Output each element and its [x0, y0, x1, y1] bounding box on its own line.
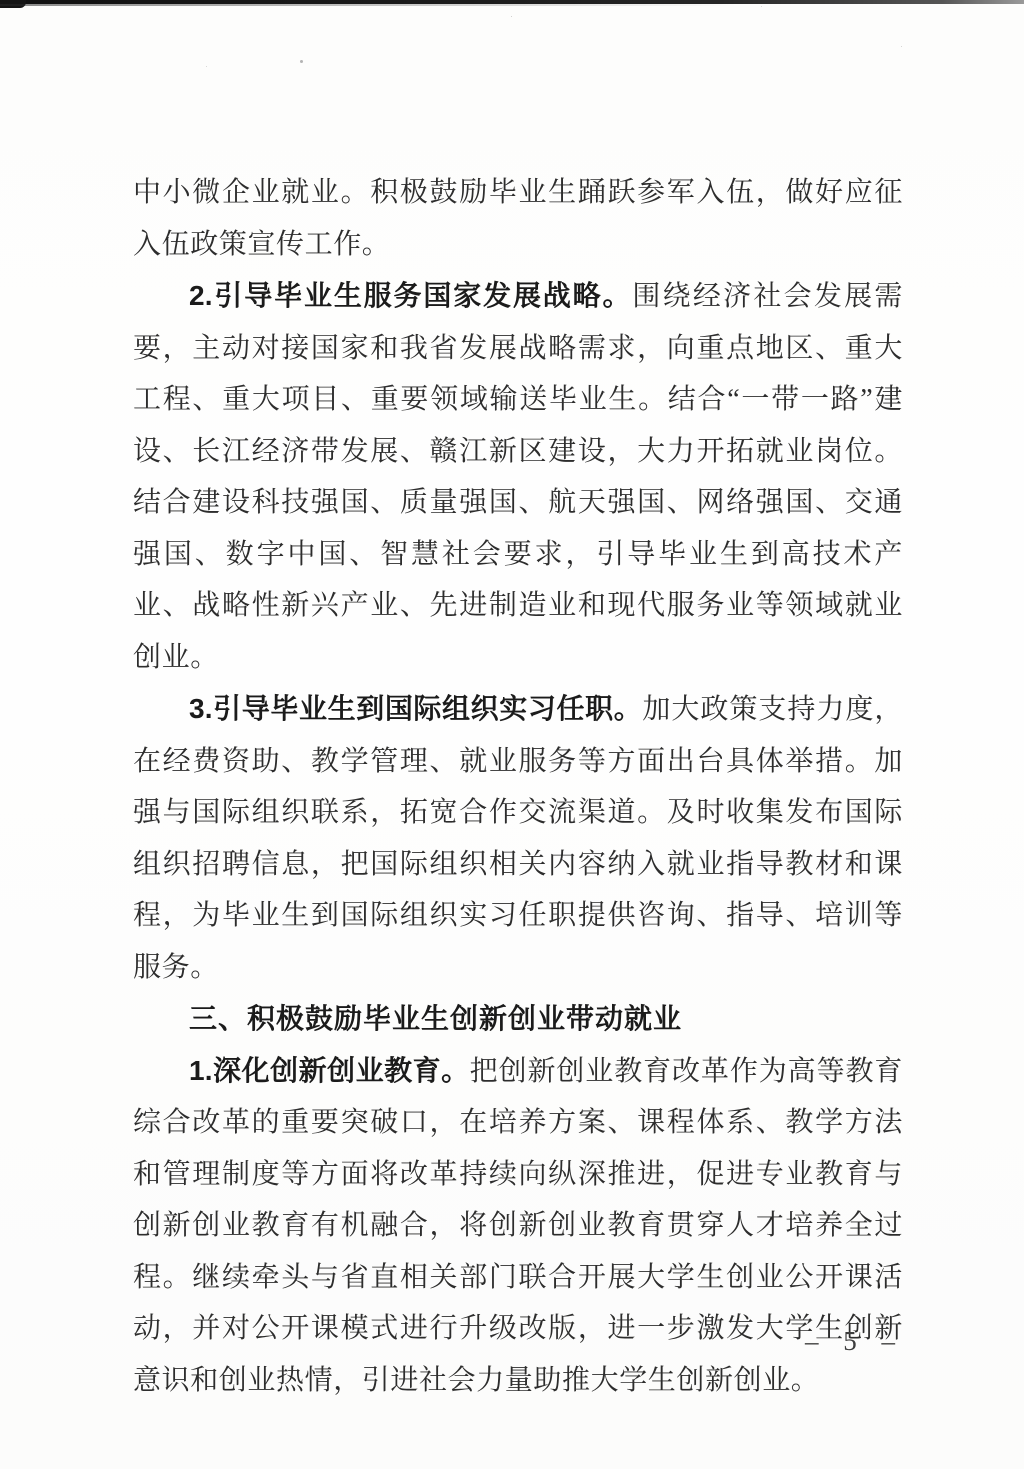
page-number: – 5 –	[805, 1326, 904, 1357]
document-body: 中小微企业就业。积极鼓励毕业生踊跃参军入伍，做好应征入伍政策宣传工作。 2.引导…	[133, 167, 903, 1406]
paragraph-item-1: 1.深化创新创业教育。把创新创业教育改革作为高等教育综合改革的重要突破口，在培养…	[133, 1045, 903, 1407]
paragraph-continuation: 中小微企业就业。积极鼓励毕业生踊跃参军入伍，做好应征入伍政策宣传工作。	[133, 167, 903, 270]
paragraph-text: 中小微企业就业。积极鼓励毕业生踊跃参军入伍，做好应征入伍政策宣传工作。	[133, 177, 903, 260]
paragraph-text: 加大政策支持力度，在经费资助、教学管理、就业服务等方面出台具体举措。加强与国际组…	[133, 694, 903, 983]
paragraph-item-2: 2.引导毕业生服务国家发展战略。围绕经济社会发展需要，主动对接国家和我省发展战略…	[133, 270, 903, 683]
document-page: 中小微企业就业。积极鼓励毕业生踊跃参军入伍，做好应征入伍政策宣传工作。 2.引导…	[0, 0, 1024, 1469]
paragraph-bold-lead: 2.引导毕业生服务国家发展战略。	[189, 280, 632, 311]
section-heading-three: 三、积极鼓励毕业生创新创业带动就业	[133, 993, 903, 1045]
scan-dust-specks	[300, 60, 303, 63]
section-heading-text: 三、积极鼓励毕业生创新创业带动就业	[189, 1003, 682, 1034]
paragraph-text: 围绕经济社会发展需要，主动对接国家和我省发展战略需求，向重点地区、重大工程、重大…	[133, 281, 903, 673]
paragraph-item-3: 3.引导毕业生到国际组织实习任职。加大政策支持力度，在经费资助、教学管理、就业服…	[133, 683, 903, 993]
paragraph-bold-lead: 3.引导毕业生到国际组织实习任职。	[189, 693, 642, 724]
paragraph-text: 把创新创业教育改革作为高等教育综合改革的重要突破口，在培养方案、课程体系、教学方…	[133, 1056, 903, 1396]
paragraph-bold-lead: 1.深化创新创业教育。	[189, 1055, 470, 1086]
scan-top-edge-fade	[0, 4, 737, 6]
